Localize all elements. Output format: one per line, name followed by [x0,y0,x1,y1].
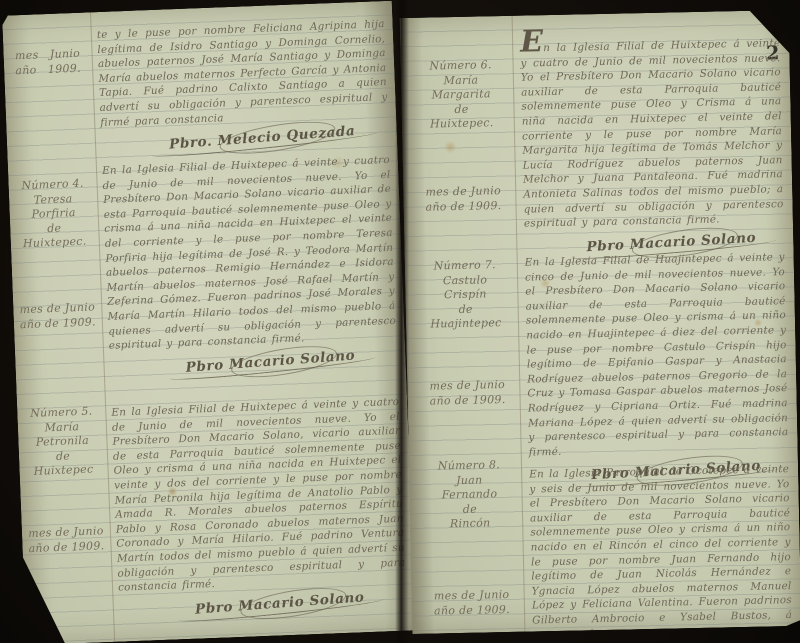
entry-text: En la Iglesia Filial de Huixtepec á vein… [102,153,397,354]
priest-signature: Pbro Macario Solano [179,347,362,376]
photo-stage: mes Junio año 1909. Número 4. Teresa Por… [0,0,800,643]
page-gutter [395,0,409,643]
entry-text: En la Iglesia Parroquial de Ocotepec á v… [529,462,793,643]
margin-note: Número 8. Juan Fernando de Rincón [419,458,521,533]
priest-signature: Pbro. Melecio Quezada [162,123,361,153]
margin-note: mes de Junio año de 1909. [17,300,98,332]
register-entry: En la Iglesia Filial de Huixtepec á vein… [111,395,407,618]
margin-note: Número 5. María Petronila de Huixtepec [21,404,104,480]
margin-note: mes de Junio año de 1909. [26,524,107,556]
signature-row: Pbro Macario Solano [524,229,784,253]
margin-note: mes de Junio año de 1909. [413,184,514,215]
margin-note: Número 7. Castulo Crispín de Huajintepec [415,258,517,333]
register-entry: En la Iglesia Parroquial de Ocotepec á v… [529,462,793,643]
margin-note: mes Junio año 1909. [7,46,88,78]
priest-signature: Pbro Macario Solano [189,589,372,618]
margin-note: Número 6. María Margarita de Huixtepec. [410,58,512,133]
margin-note: Número 4. Teresa Porfiria de Huixtepec. [12,176,95,252]
entry-text: En la Iglesia Filial de Huajintepec á ve… [525,250,789,460]
register-entry: En la Iglesia Filial de Huixtepec á vein… [520,26,785,253]
register-entry: En la Iglesia Filial de Huixtepec á vein… [102,153,398,376]
entry-text: te y le puse por nombre Feliciana Agripi… [97,17,389,130]
right-page: 2 Número 6. María Margarita de Huixtepec… [400,10,800,634]
entry-text: En la Iglesia Filial de Huixtepec á vein… [111,395,406,596]
entry-text: En la Iglesia Filial de Huixtepec á vein… [520,26,784,231]
margin-note: mes de Junio año de 1909. [417,378,518,409]
margin-note: mes de Junio año de 1909. [422,588,523,619]
register-entry: En la Iglesia Filial de Huajintepec á ve… [525,250,790,482]
left-page: mes Junio año 1909. Número 4. Teresa Por… [2,1,416,643]
register-entry: te y le puse por nombre Feliciana Agripi… [97,17,390,152]
